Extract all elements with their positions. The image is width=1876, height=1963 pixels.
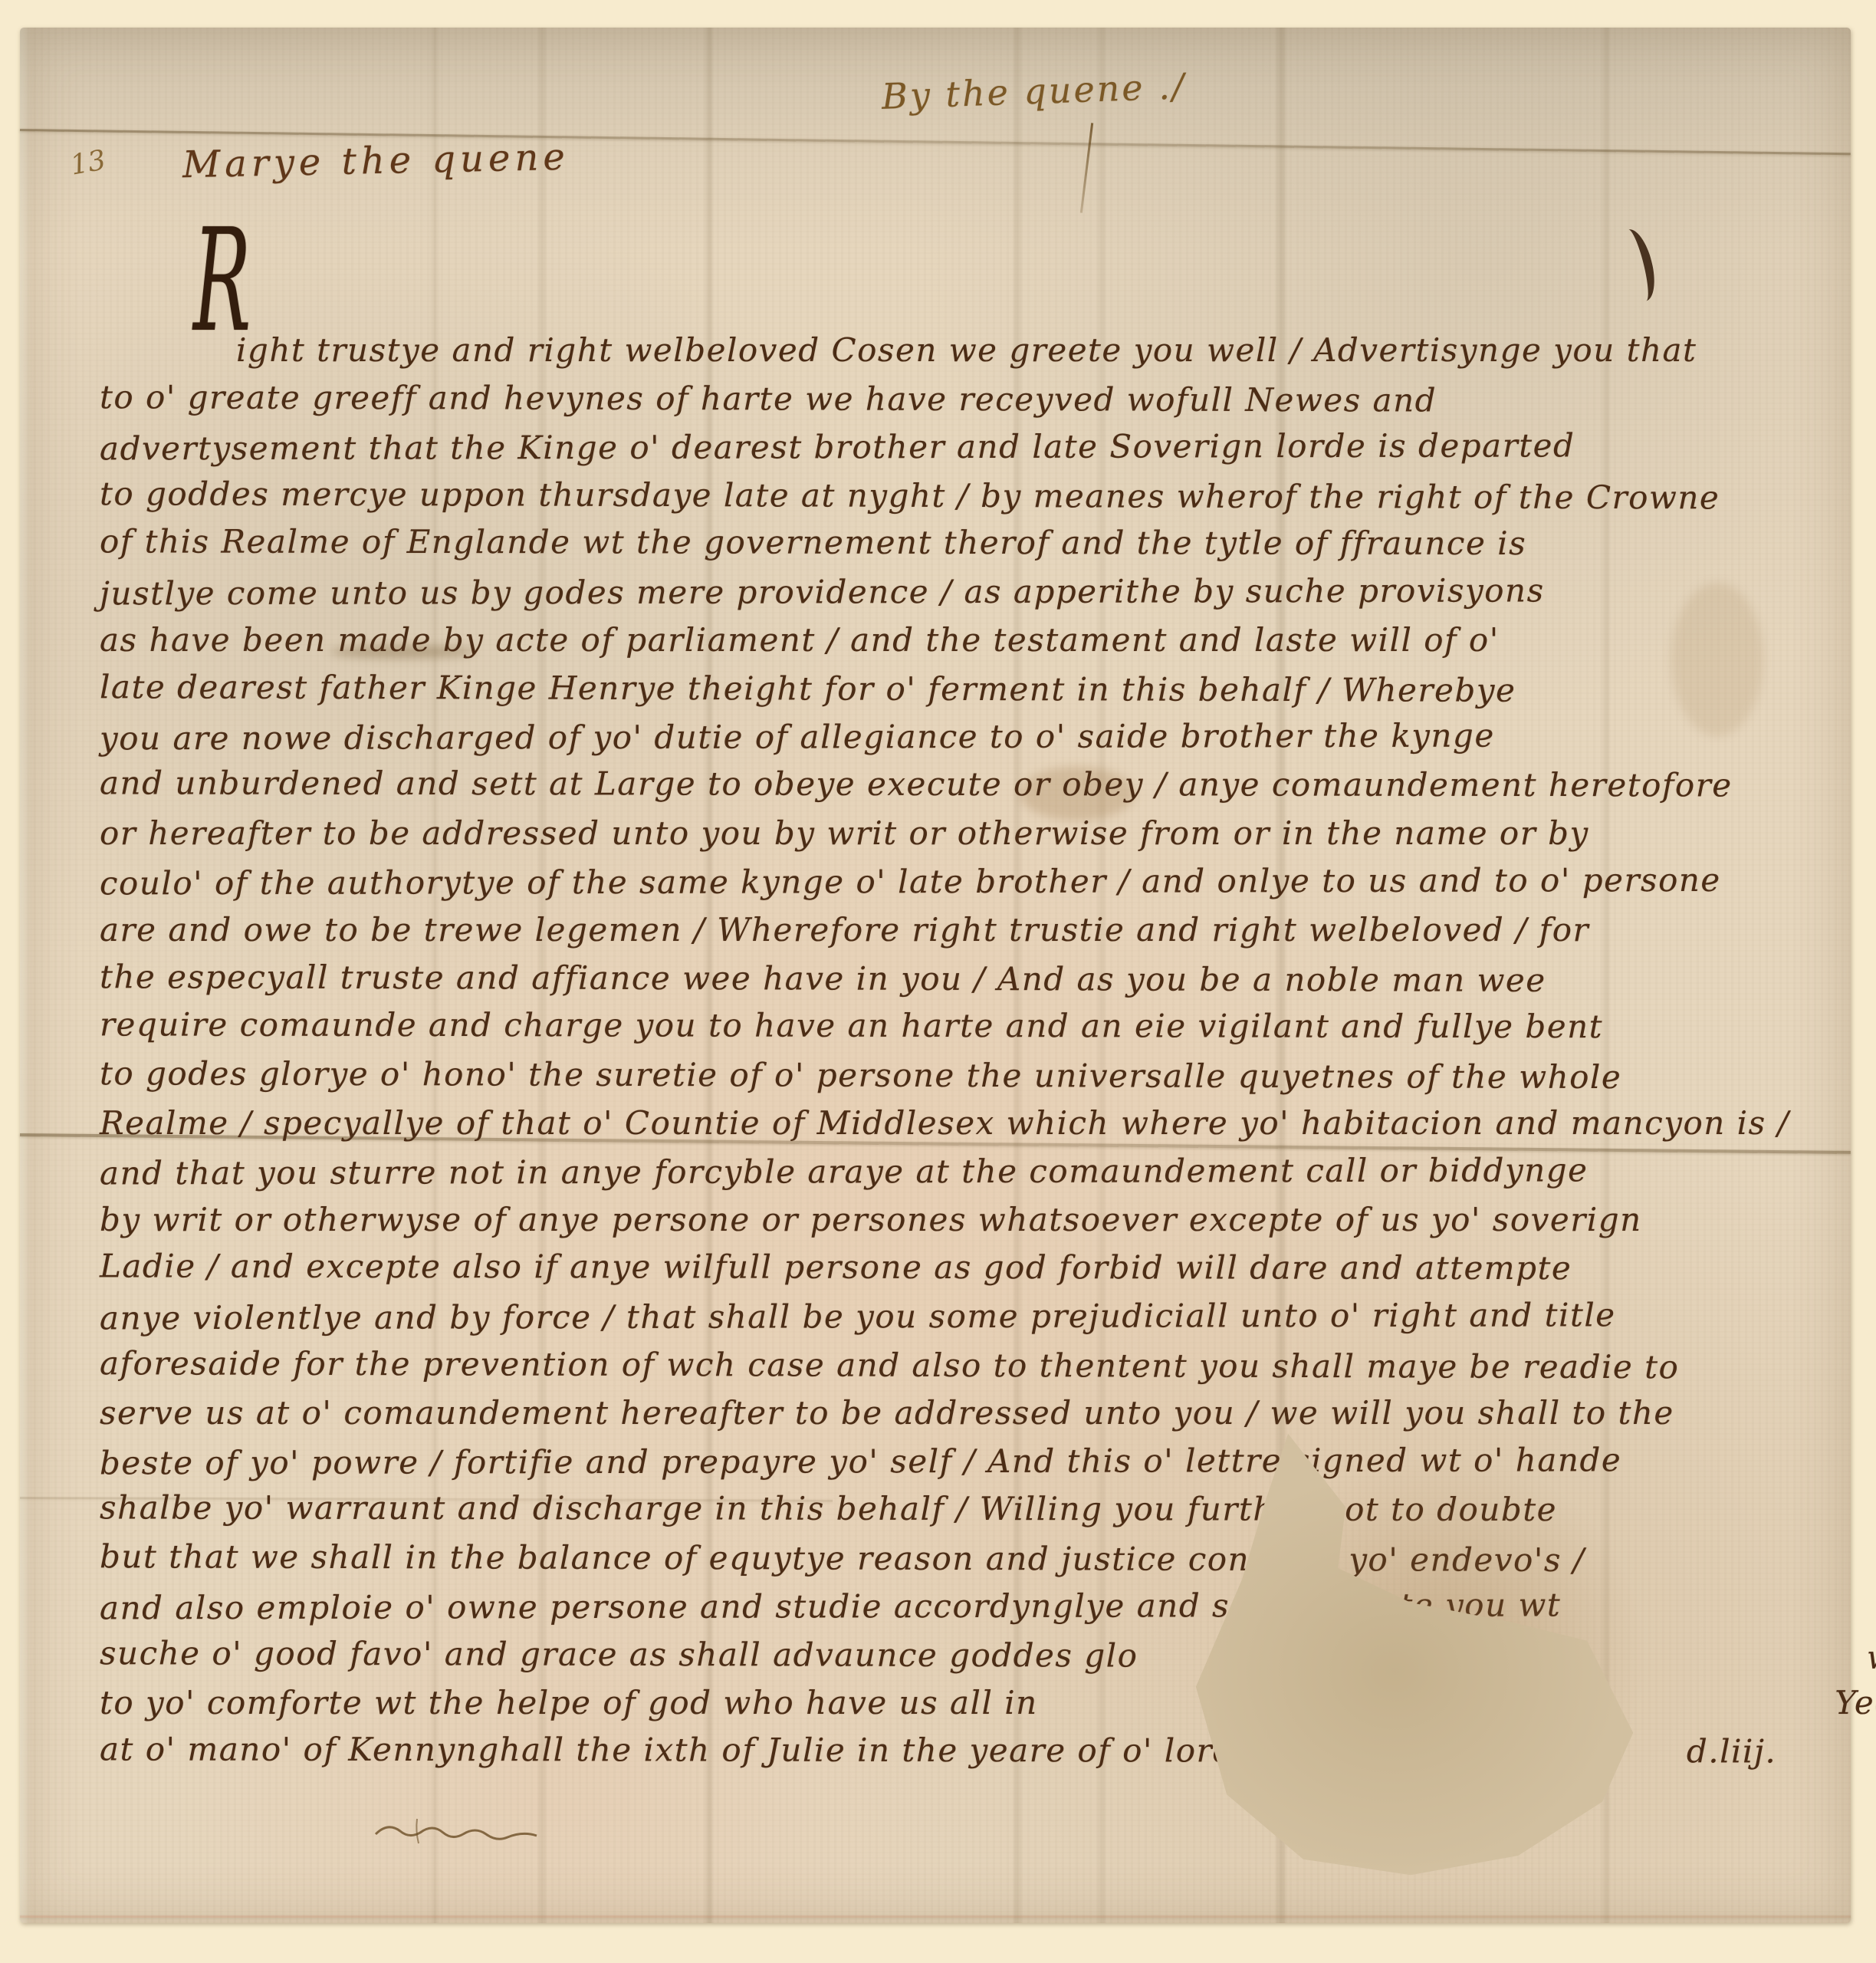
queen-signature: Marye the quene xyxy=(182,136,570,187)
ink-scribble xyxy=(373,1816,541,1846)
manuscript-line: you are nowe discharged of yo' dutie of … xyxy=(100,711,1834,763)
manuscript-line: to godes glorye o' hono' the suretie of … xyxy=(100,1049,1834,1102)
manuscript-line: as have been made by acte of parliament … xyxy=(100,616,1834,664)
manuscript-line: justlye come unto us by godes mere provi… xyxy=(100,566,1834,618)
manuscript-line: require comaunde and charge you to have … xyxy=(100,1000,1834,1051)
manuscript-line: late dearest father Kinge Henrye theight… xyxy=(100,663,1834,715)
manuscript-line: coulo' of the authorytye of the same kyn… xyxy=(100,856,1834,908)
manuscript-line: Ladie / and excepte also if anye wilfull… xyxy=(100,1241,1834,1292)
manuscript-line: are and owe to be trewe legemen / Wheref… xyxy=(100,906,1834,954)
manuscript-line: Realme / specyallye of that o' Countie o… xyxy=(100,1099,1834,1147)
manuscript-line: ight trustye and right welbeloved Cosen … xyxy=(236,326,1834,374)
manuscript-line: to o' greate greeff and hevynes of harte… xyxy=(100,373,1834,426)
manuscript-photo: { "document": { "endorsement": "By the q… xyxy=(0,0,1876,1963)
manuscript-line: and that you sturre not in anye forcyble… xyxy=(100,1146,1834,1198)
manuscript-line: the especyall truste and affiance wee ha… xyxy=(100,952,1834,1005)
manuscript-line: of this Realme of Englande wt the govern… xyxy=(100,517,1834,567)
manuscript-line: or hereafter to be addressed unto you by… xyxy=(100,809,1834,857)
manuscript-line: to goddes mercye uppon thursdaye late at… xyxy=(100,469,1834,522)
manuscript-line: by writ or otherwyse of anye persone or … xyxy=(100,1195,1834,1244)
folio-number: 13 xyxy=(68,144,108,181)
manuscript-line: anye violentlye and by force / that shal… xyxy=(100,1291,1834,1343)
manuscript-line: advertysement that the Kinge o' dearest … xyxy=(100,421,1834,473)
manuscript-line: and unburdened and sett at Large to obey… xyxy=(100,758,1834,809)
